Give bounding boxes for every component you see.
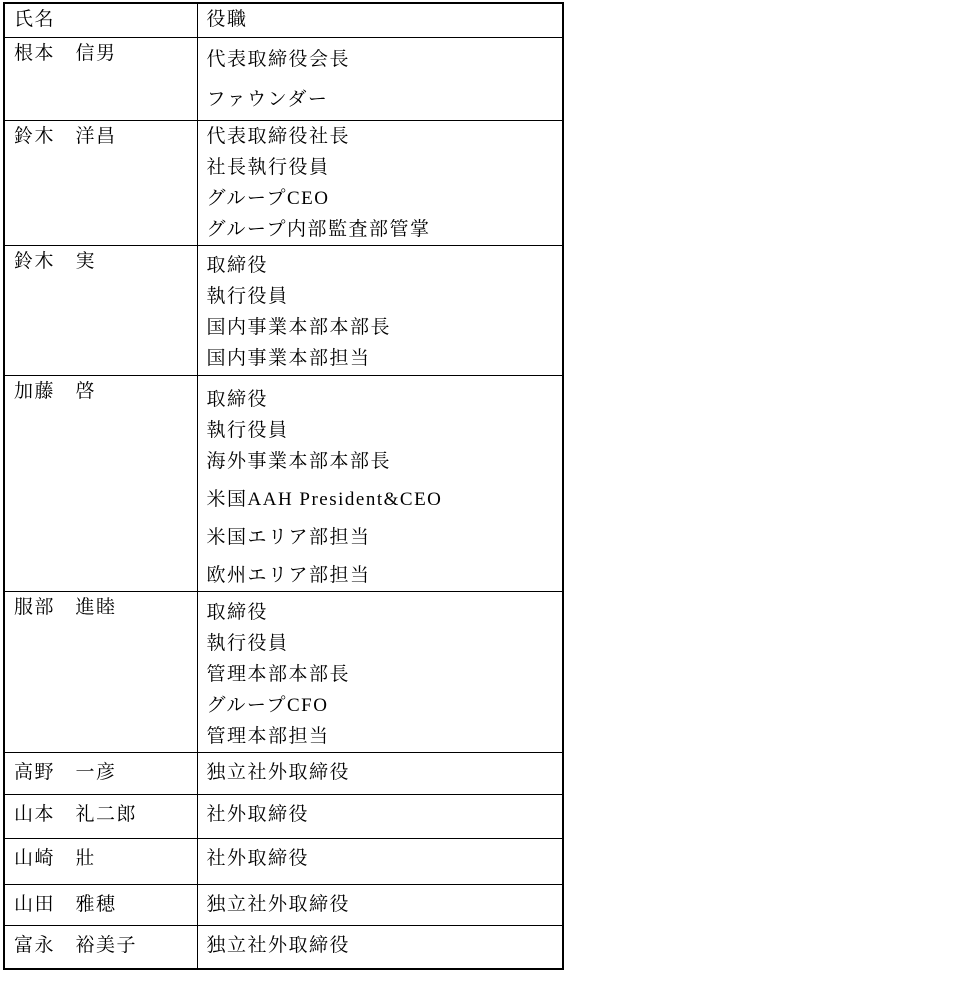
- officer-positions: 社外取締役: [197, 794, 563, 838]
- officer-name: 鈴木 洋昌: [4, 120, 197, 245]
- position-line: 執行役員: [207, 281, 559, 312]
- position-line: 独立社外取締役: [207, 889, 559, 920]
- officers-table: 氏名 役職 根本 信男 代表取締役会長 ファウンダー 鈴木 洋昌 代表取締役社長…: [3, 2, 564, 970]
- position-line: 執行役員: [207, 628, 559, 659]
- officer-name: 富永 裕美子: [4, 925, 197, 969]
- officer-name: 服部 進睦: [4, 591, 197, 752]
- officer-name: 高野 一彦: [4, 752, 197, 794]
- position-line: 独立社外取締役: [207, 930, 559, 961]
- table-row: 高野 一彦 独立社外取締役: [4, 752, 563, 794]
- document-page: 氏名 役職 根本 信男 代表取締役会長 ファウンダー 鈴木 洋昌 代表取締役社長…: [0, 0, 968, 986]
- table-row: 服部 進睦 取締役 執行役員 管理本部本部長 グループCFO 管理本部担当: [4, 591, 563, 752]
- position-line: ファウンダー: [207, 80, 559, 120]
- officer-positions: 代表取締役会長 ファウンダー: [197, 37, 563, 120]
- position-line: 欧州エリア部担当: [207, 560, 559, 591]
- officer-positions: 社外取締役: [197, 838, 563, 884]
- table-row: 山本 礼二郎 社外取締役: [4, 794, 563, 838]
- table-row: 根本 信男 代表取締役会長 ファウンダー: [4, 37, 563, 120]
- officer-positions: 独立社外取締役: [197, 925, 563, 969]
- position-line: 取締役: [207, 384, 559, 415]
- position-line: グループCEO: [207, 183, 559, 214]
- officer-positions: 独立社外取締役: [197, 752, 563, 794]
- officer-name: 山田 雅穂: [4, 884, 197, 925]
- officer-name: 山崎 壯: [4, 838, 197, 884]
- header-name-column: 氏名: [4, 3, 197, 37]
- position-line: 米国AAH President&CEO: [207, 484, 559, 515]
- officer-positions: 取締役 執行役員 国内事業本部本部長 国内事業本部担当: [197, 245, 563, 375]
- position-line: 代表取締役社長: [207, 121, 559, 152]
- position-line: 取締役: [207, 250, 559, 281]
- position-line: 社外取締役: [207, 843, 559, 874]
- officer-name: 加藤 啓: [4, 375, 197, 591]
- table-row: 加藤 啓 取締役 執行役員 海外事業本部本部長 米国AAH President&…: [4, 375, 563, 591]
- officer-name: 根本 信男: [4, 37, 197, 120]
- officer-name: 鈴木 実: [4, 245, 197, 375]
- position-line: グループ内部監査部管掌: [207, 214, 559, 245]
- table-row: 鈴木 洋昌 代表取締役社長 社長執行役員 グループCEO グループ内部監査部管掌: [4, 120, 563, 245]
- position-line: 国内事業本部担当: [207, 343, 559, 374]
- position-line: 社長執行役員: [207, 152, 559, 183]
- header-position-column: 役職: [197, 3, 563, 37]
- position-line: 執行役員: [207, 415, 559, 446]
- officer-positions: 代表取締役社長 社長執行役員 グループCEO グループ内部監査部管掌: [197, 120, 563, 245]
- position-line: 管理本部本部長: [207, 659, 559, 690]
- table-row: 富永 裕美子 独立社外取締役: [4, 925, 563, 969]
- officer-positions: 独立社外取締役: [197, 884, 563, 925]
- officer-positions: 取締役 執行役員 管理本部本部長 グループCFO 管理本部担当: [197, 591, 563, 752]
- officers-table-container: 氏名 役職 根本 信男 代表取締役会長 ファウンダー 鈴木 洋昌 代表取締役社長…: [3, 2, 564, 970]
- table-row: 山崎 壯 社外取締役: [4, 838, 563, 884]
- position-line: 海外事業本部本部長: [207, 446, 559, 477]
- table-header-row: 氏名 役職: [4, 3, 563, 37]
- table-row: 山田 雅穂 独立社外取締役: [4, 884, 563, 925]
- officer-positions: 取締役 執行役員 海外事業本部本部長 米国AAH President&CEO 米…: [197, 375, 563, 591]
- position-line: 代表取締役会長: [207, 40, 559, 80]
- position-line: グループCFO: [207, 690, 559, 721]
- position-line: 独立社外取締役: [207, 757, 559, 788]
- position-line: 管理本部担当: [207, 721, 559, 752]
- table-row: 鈴木 実 取締役 執行役員 国内事業本部本部長 国内事業本部担当: [4, 245, 563, 375]
- position-line: 米国エリア部担当: [207, 522, 559, 553]
- position-line: 取締役: [207, 597, 559, 628]
- position-line: 社外取締役: [207, 799, 559, 830]
- position-line: 国内事業本部本部長: [207, 312, 559, 343]
- officer-name: 山本 礼二郎: [4, 794, 197, 838]
